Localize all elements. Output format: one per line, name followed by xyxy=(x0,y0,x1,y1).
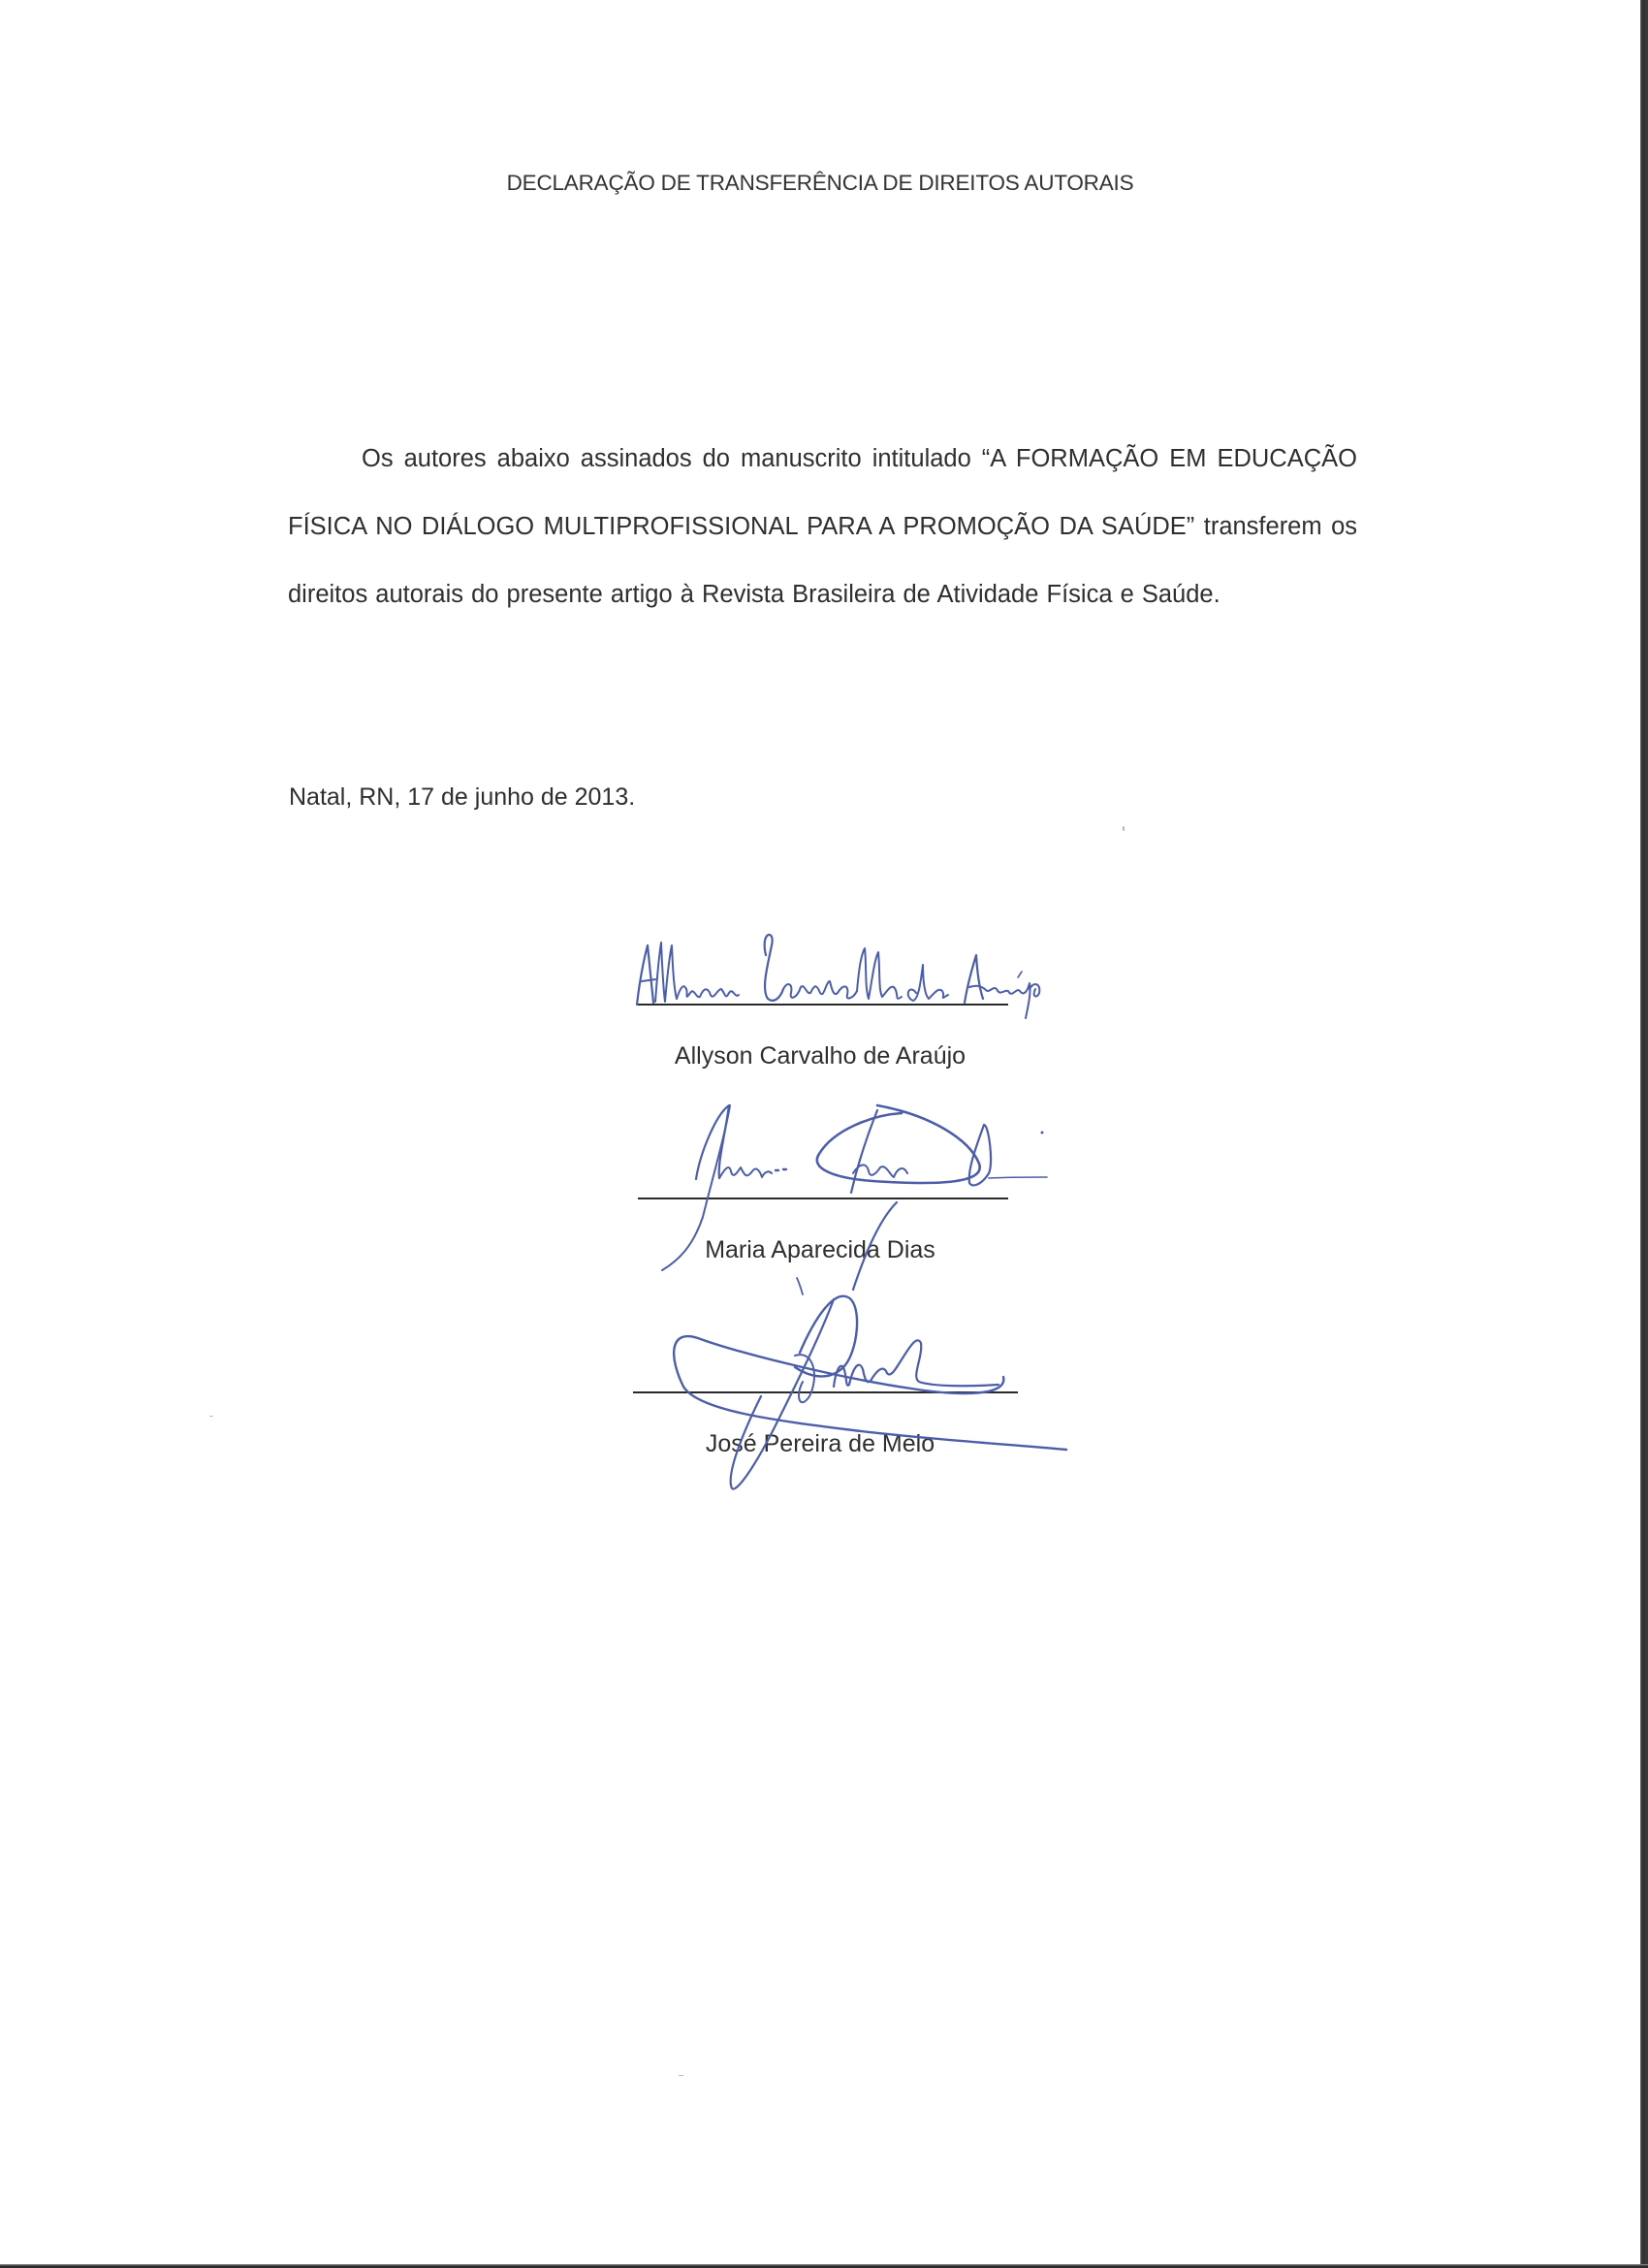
place-and-date: Natal, RN, 17 de junho de 2013. xyxy=(289,783,635,812)
declaration-paragraph: Os autores abaixo assinados do manuscrit… xyxy=(288,425,1357,628)
declaration-text: Os autores abaixo assinados do manuscrit… xyxy=(288,445,1357,608)
signature-jose xyxy=(0,0,1648,2268)
scan-edge-bottom xyxy=(0,2264,1648,2268)
signatory-name-1: Allyson Carvalho de Araújo xyxy=(0,1042,1640,1070)
scan-speck xyxy=(1123,826,1125,831)
signature-maria xyxy=(0,0,1648,2268)
signature-line-3 xyxy=(633,1391,1018,1393)
signature-line-1 xyxy=(638,1004,1008,1006)
scan-speck xyxy=(209,1416,213,1417)
document-title: DECLARAÇÃO DE TRANSFERÊNCIA DE DIREITOS … xyxy=(0,171,1640,196)
signatory-name-2: Maria Aparecida Dias xyxy=(0,1236,1640,1264)
signatory-name-3: José Pereira de Melo xyxy=(0,1430,1640,1458)
scanned-page: DECLARAÇÃO DE TRANSFERÊNCIA DE DIREITOS … xyxy=(0,0,1640,2264)
signature-line-2 xyxy=(638,1198,1008,1199)
scan-edge-right xyxy=(1640,0,1648,2268)
scan-speck xyxy=(679,2075,683,2076)
signature-allyson xyxy=(0,0,1648,2268)
